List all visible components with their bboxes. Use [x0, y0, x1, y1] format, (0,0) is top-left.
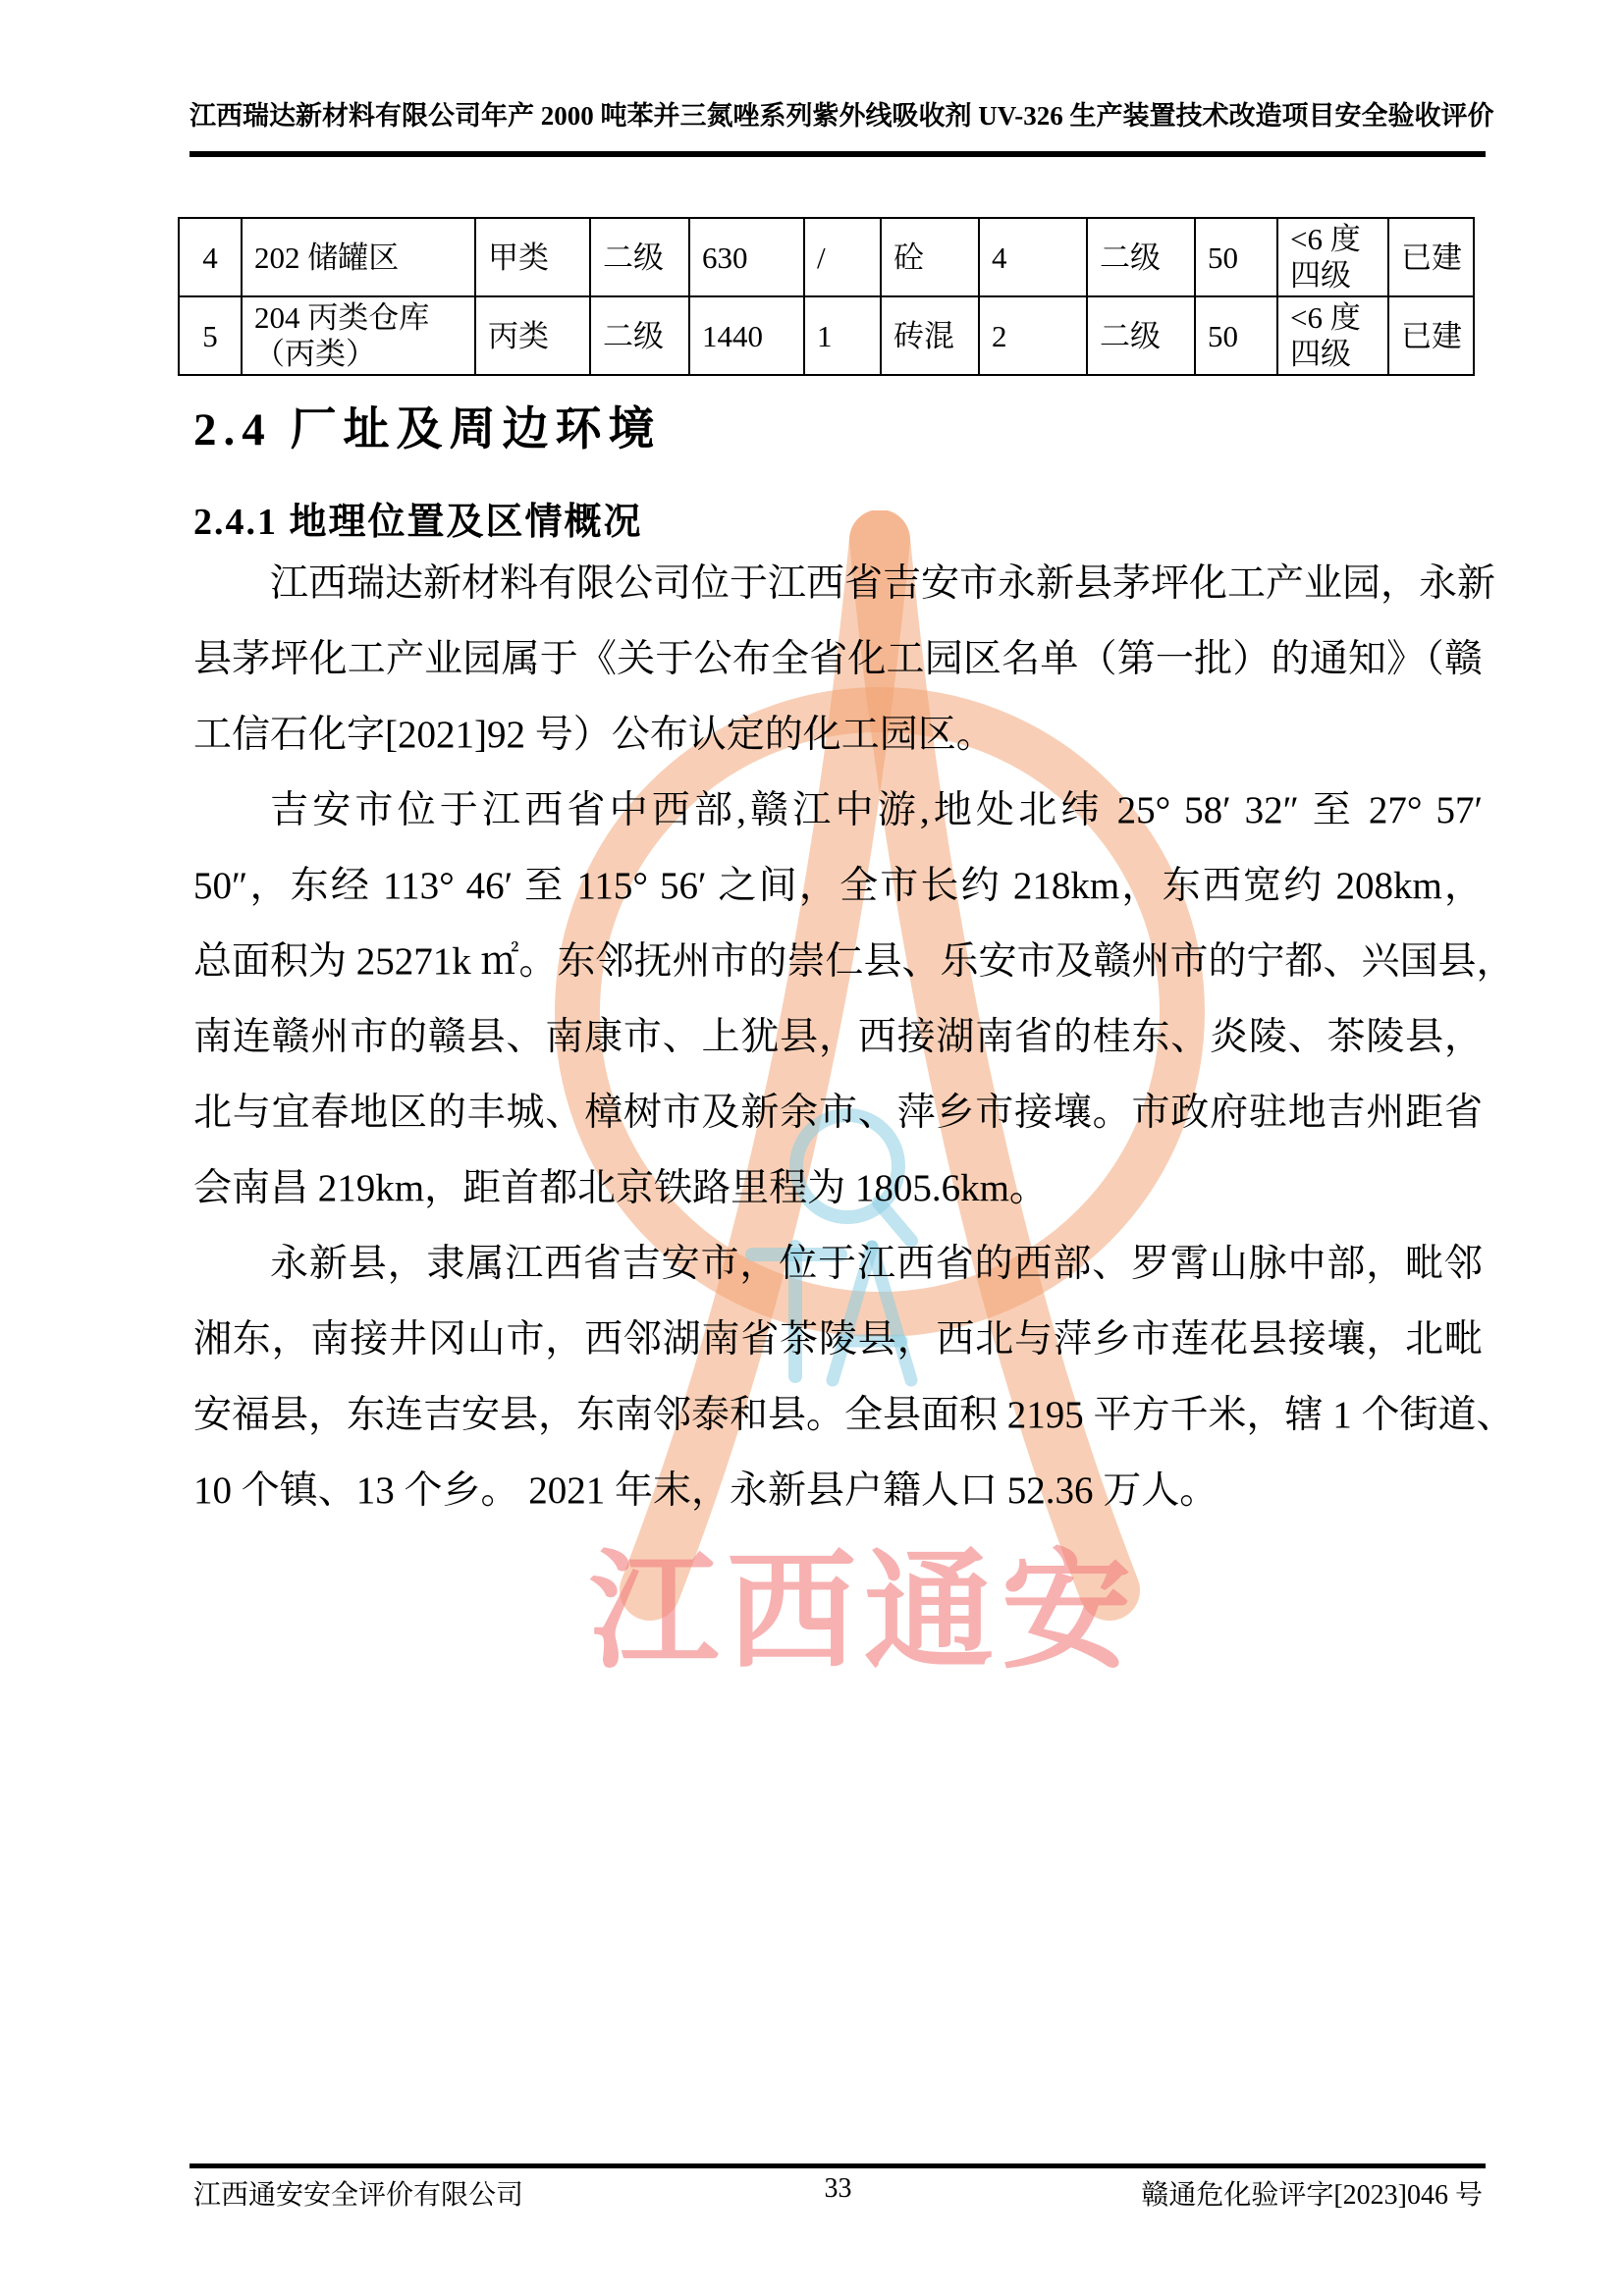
table-cell: 1440 — [689, 296, 804, 375]
table-row: 5204 丙类仓库（丙类）丙类二级14401砖混2二级50<6 度四级已建 — [179, 296, 1474, 375]
body-line: 10 个镇、13 个乡。 2021 年末，永新县户籍人口 52.36 万人。 — [193, 1453, 1483, 1528]
body-line: 安福县，东连吉安县，东南邻泰和县。全县面积 2195 平方千米，辖 1 个街道、 — [193, 1377, 1483, 1453]
section-heading-2-4: 2.4 厂址及周边环境 — [193, 393, 662, 458]
table-cell: 丙类 — [475, 296, 590, 375]
table-cell: 甲类 — [475, 218, 590, 296]
body-line: 江西瑞达新材料有限公司位于江西省吉安市永新县茅坪化工产业园，永新 — [193, 546, 1483, 621]
body-line: 北与宜春地区的丰城、樟树市及新余市、萍乡市接壤。市政府驻地吉州距省 — [193, 1075, 1483, 1150]
section-heading-2-4-1: 2.4.1 地理位置及区情概况 — [193, 491, 643, 545]
table-cell: 二级 — [1087, 218, 1195, 296]
table-cell: 4 — [179, 218, 242, 296]
table-cell: 砖混 — [881, 296, 979, 375]
table-cell: 1 — [804, 296, 881, 375]
body-line: 工信石化字[2021]92 号）公布认定的化工园区。 — [193, 697, 1483, 773]
table-row: 4202 储罐区甲类二级630/砼4二级50<6 度四级已建 — [179, 218, 1474, 296]
table-cell: 50 — [1195, 296, 1277, 375]
table-cell: 204 丙类仓库（丙类） — [242, 296, 475, 375]
table-cell: 二级 — [590, 296, 689, 375]
table-cell: 5 — [179, 296, 242, 375]
table-cell: 50 — [1195, 218, 1277, 296]
body-line: 总面积为 25271k ㎡。东邻抚州市的崇仁县、乐安市及赣州市的宁都、兴国县， — [193, 924, 1483, 999]
body-line: 会南昌 219km，距首都北京铁路里程为 1805.6km。 — [193, 1150, 1483, 1226]
body-line: 吉安市位于江西省中西部,赣江中游,地处北纬 25° 58′ 32″ 至 27° … — [193, 773, 1483, 848]
table-cell: 二级 — [590, 218, 689, 296]
table-cell: 4 — [979, 218, 1087, 296]
table-cell: 已建 — [1388, 218, 1474, 296]
body-line: 永新县，隶属江西省吉安市，位于江西省的西部、罗霄山脉中部，毗邻 — [193, 1226, 1483, 1302]
body-text: 江西瑞达新材料有限公司位于江西省吉安市永新县茅坪化工产业园，永新县茅坪化工产业园… — [193, 546, 1483, 1528]
footer-rule — [189, 2163, 1486, 2168]
table-cell: 2 — [979, 296, 1087, 375]
body-line: 南连赣州市的赣县、南康市、上犹县，西接湖南省的桂东、炎陵、茶陵县， — [193, 999, 1483, 1075]
page-header-title: 江西瑞达新材料有限公司年产 2000 吨苯并三氮唑系列紫外线吸收剂 UV-326… — [189, 94, 1486, 133]
table-cell: 已建 — [1388, 296, 1474, 375]
building-table: 4202 储罐区甲类二级630/砼4二级50<6 度四级已建5204 丙类仓库（… — [178, 217, 1475, 376]
table-cell: 砼 — [881, 218, 979, 296]
body-line: 县茅坪化工产业园属于《关于公布全省化工园区名单（第一批）的通知》（赣 — [193, 621, 1483, 697]
footer-doc-number: 赣通危化验评字[2023]046 号 — [1141, 2173, 1483, 2213]
table-cell: / — [804, 218, 881, 296]
table-cell: 二级 — [1087, 296, 1195, 375]
watermark-text: 江西通安 — [589, 1507, 1139, 1693]
table-cell: <6 度四级 — [1277, 218, 1388, 296]
table-cell: <6 度四级 — [1277, 296, 1388, 375]
header-rule — [189, 151, 1486, 157]
table-cell: 202 储罐区 — [242, 218, 475, 296]
table-cell: 630 — [689, 218, 804, 296]
body-line: 湘东，南接井冈山市，西邻湖南省茶陵县，西北与萍乡市莲花县接壤，北毗 — [193, 1302, 1483, 1377]
building-table-body: 4202 储罐区甲类二级630/砼4二级50<6 度四级已建5204 丙类仓库（… — [179, 218, 1474, 375]
body-line: 50″，东经 113° 46′ 至 115° 56′ 之间，全市长约 218km… — [193, 848, 1483, 924]
document-page: 江西通安 江西瑞达新材料有限公司年产 2000 吨苯并三氮唑系列紫外线吸收剂 U… — [0, 0, 1624, 2296]
